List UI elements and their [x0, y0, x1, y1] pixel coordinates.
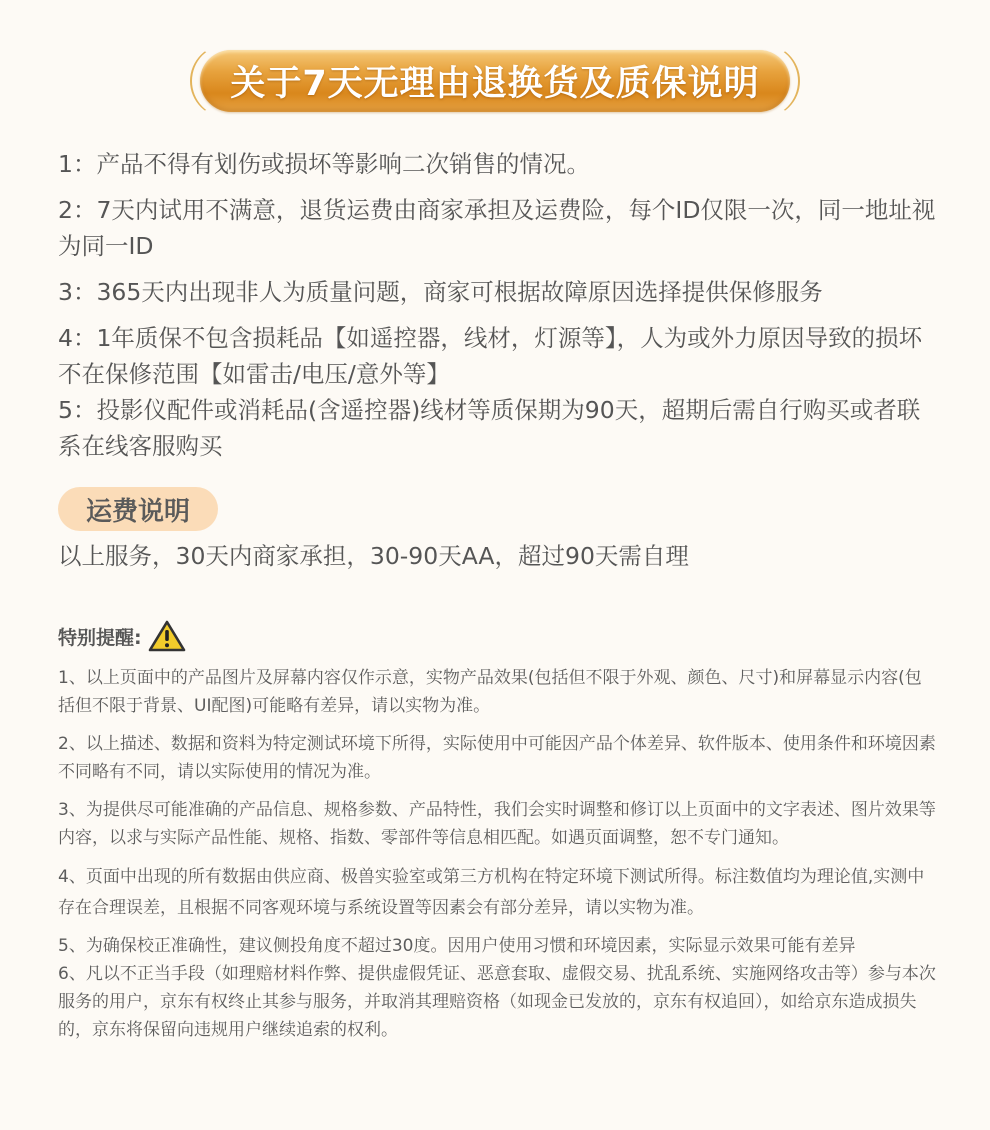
rule-item: 1：产品不得有划伤或损坏等影响二次销售的情况。	[58, 146, 938, 182]
shipping-section-label: 运费说明	[58, 487, 218, 531]
notice-header: 特别提醒:	[58, 620, 186, 652]
rule-item: 5：投影仪配件或消耗品(含遥控器)线材等质保期为90天，超期后需自行购买或者联系…	[58, 392, 938, 464]
rule-item: 4：1年质保不包含损耗品【如遥控器，线材，灯源等】，人为或外力原因导致的损坏不在…	[58, 320, 938, 392]
notice-label: 特别提醒:	[58, 623, 142, 650]
special-notice-list: 1、以上页面中的产品图片及屏幕内容仅作示意，实物产品效果(包括但不限于外观、颜色…	[58, 664, 938, 1054]
notice-item: 1、以上页面中的产品图片及屏幕内容仅作示意，实物产品效果(包括但不限于外观、颜色…	[58, 664, 938, 720]
notice-item: 3、为提供尽可能准确的产品信息、规格参数、产品特性，我们会实时调整和修订以上页面…	[58, 796, 938, 852]
page-title: 关于7天无理由退换货及质保说明	[230, 56, 759, 106]
warning-triangle-icon	[148, 620, 186, 652]
notice-item: 2、以上描述、数据和资料为特定测试环境下所得，实际使用中可能因产品个体差异、软件…	[58, 730, 938, 786]
banner-pill: 关于7天无理由退换货及质保说明	[200, 50, 790, 112]
rule-item: 3：365天内出现非人为质量问题，商家可根据故障原因选择提供保修服务	[58, 274, 938, 310]
notice-item: 5、为确保校正准确性，建议侧投角度不超过30度。因用户使用习惯和环境因素，实际显…	[58, 932, 938, 960]
return-rules-list: 1：产品不得有划伤或损坏等影响二次销售的情况。 2：7天内试用不满意，退货运费由…	[58, 146, 938, 474]
shipping-description: 以上服务，30天内商家承担，30-90天AA，超过90天需自理	[58, 538, 689, 574]
notice-item: 6、凡以不正当手段（如理赔材料作弊、提供虚假凭证、恶意套取、虚假交易、扰乱系统、…	[58, 960, 938, 1044]
notice-item: 4、页面中出现的所有数据由供应商、极兽实验室或第三方机构在特定环境下测试所得。标…	[58, 862, 938, 924]
rule-item: 2：7天内试用不满意，退货运费由商家承担及运费险，每个ID仅限一次，同一地址视为…	[58, 192, 938, 264]
title-banner: 关于7天无理由退换货及质保说明	[190, 44, 802, 120]
